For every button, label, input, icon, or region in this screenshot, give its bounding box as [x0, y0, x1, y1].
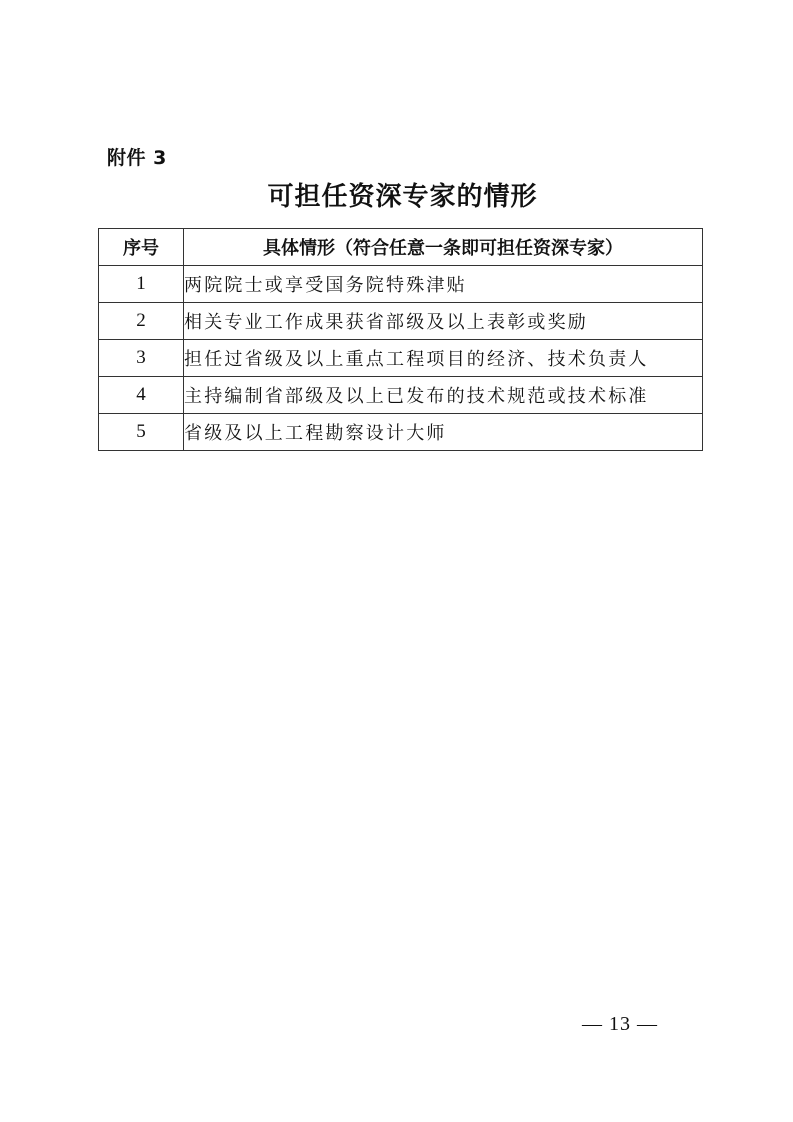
attachment-label: 附件 3	[107, 143, 167, 170]
row-number: 3	[99, 340, 184, 377]
row-description: 担任过省级及以上重点工程项目的经济、技术负责人	[184, 340, 703, 377]
table-row: 1 两院院士或享受国务院特殊津贴	[99, 266, 703, 303]
table-row: 3 担任过省级及以上重点工程项目的经济、技术负责人	[99, 340, 703, 377]
row-description: 省级及以上工程勘察设计大师	[184, 414, 703, 451]
row-number: 5	[99, 414, 184, 451]
page-number: — 13 —	[582, 1013, 658, 1036]
table-row: 5 省级及以上工程勘察设计大师	[99, 414, 703, 451]
header-description: 具体情形（符合任意一条即可担任资深专家）	[184, 229, 703, 266]
row-description: 主持编制省部级及以上已发布的技术规范或技术标准	[184, 377, 703, 414]
header-number: 序号	[99, 229, 184, 266]
table-row: 2 相关专业工作成果获省部级及以上表彰或奖励	[99, 303, 703, 340]
row-number: 4	[99, 377, 184, 414]
table-header-row: 序号 具体情形（符合任意一条即可担任资深专家）	[99, 229, 703, 266]
row-number: 1	[99, 266, 184, 303]
criteria-table: 序号 具体情形（符合任意一条即可担任资深专家） 1 两院院士或享受国务院特殊津贴…	[98, 228, 703, 451]
row-number: 2	[99, 303, 184, 340]
document-title: 可担任资深专家的情形	[0, 176, 793, 213]
row-description: 两院院士或享受国务院特殊津贴	[184, 266, 703, 303]
row-description: 相关专业工作成果获省部级及以上表彰或奖励	[184, 303, 703, 340]
table-row: 4 主持编制省部级及以上已发布的技术规范或技术标准	[99, 377, 703, 414]
